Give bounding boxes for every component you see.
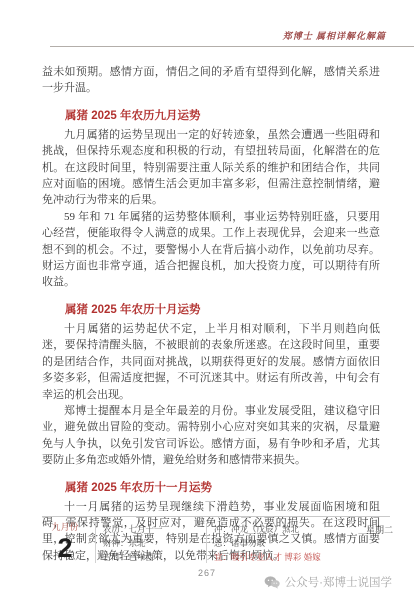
booklet-title: 郑博士 属相详解化解篇 [0, 29, 414, 42]
section-paragraph: 郑博士提醒本月是全年最差的月份。事业发展受阻，建议稳守旧业，避免做出冒险的变动。… [42, 403, 380, 469]
almanac-day-number: 2 [42, 533, 88, 563]
almanac-lucky-hours-row: 吉时：巳申酉 [103, 550, 199, 564]
almanac-divider [206, 523, 207, 563]
footer-account: 公众号·郑博士说国学 [264, 574, 392, 590]
section-october: 属猪 2025 年农历十月运势 十月属猪的运势起伏不定，上半月相对顺利，下半月则… [42, 303, 380, 469]
almanac-strip: 九月份 2 农历：七月十一 财神：东北 吉时：巳申酉 冲：冲龙（戊辰）煞北 忌：… [42, 516, 390, 564]
almanac-date: 九月份 2 [42, 522, 88, 563]
section-paragraph: 九月属猪的运势呈现出一定的好转迹象，虽然会遭遇一些阻碍和挑战，但保持乐观态度和积… [42, 127, 380, 209]
almanac-month-label: 九月份 [42, 522, 88, 533]
almanac-left-column: 农历：七月十一 财神：东北 吉时：巳申酉 [103, 522, 199, 564]
section-paragraph: 十月属猪的运势起伏不定，上半月相对顺利，下半月则趋向低迷，要保持清醒头脑，不被眼… [42, 321, 380, 403]
almanac-right-column: 冲：冲龙（戊辰）煞北 忌：诸事勿取 宜：吸引专业人才 博彩 婚嫁 [214, 522, 354, 564]
header-rule [50, 46, 414, 47]
running-head: 郑博士 属相详解化解篇 [0, 29, 414, 47]
wechat-icon [264, 576, 280, 589]
section-heading: 属猪 2025 年农历十一月运势 [42, 481, 380, 496]
page-content: 益未如预期。感情方面，情侣之间的矛盾有望得到化解，感情关系进一步升温。 属猪 2… [42, 64, 380, 564]
almanac-auspicious-row: 宜：吸引专业人才 博彩 婚嫁 [214, 550, 354, 564]
section-heading: 属猪 2025 年农历十月运势 [42, 303, 380, 318]
section-heading: 属猪 2025 年农历九月运势 [42, 109, 380, 124]
intro-paragraph: 益未如预期。感情方面，情侣之间的矛盾有望得到化解，感情关系进一步升温。 [42, 64, 380, 97]
almanac-avoid-row: 忌：诸事勿取 [214, 536, 354, 550]
almanac-lunar-row: 农历：七月十一 [103, 522, 199, 536]
almanac-weekday: 星期二 [366, 522, 393, 536]
section-paragraph: 59 年和 71 年属猪的运势整体顺利，事业运势特别旺盛，只要用心经营，便能取得… [42, 209, 380, 291]
almanac-clash-row: 冲：冲龙（戊辰）煞北 [214, 522, 354, 536]
section-september: 属猪 2025 年农历九月运势 九月属猪的运势呈现出一定的好转迹象，虽然会遭遇一… [42, 109, 380, 291]
almanac-divider [95, 523, 96, 563]
book-page: 郑博士 属相详解化解篇 益未如预期。感情方面，情侣之间的矛盾有望得到化解，感情关… [0, 0, 414, 600]
footer-account-label: 公众号·郑博士说国学 [285, 574, 392, 590]
almanac-wealth-god-row: 财神：东北 [103, 536, 199, 550]
